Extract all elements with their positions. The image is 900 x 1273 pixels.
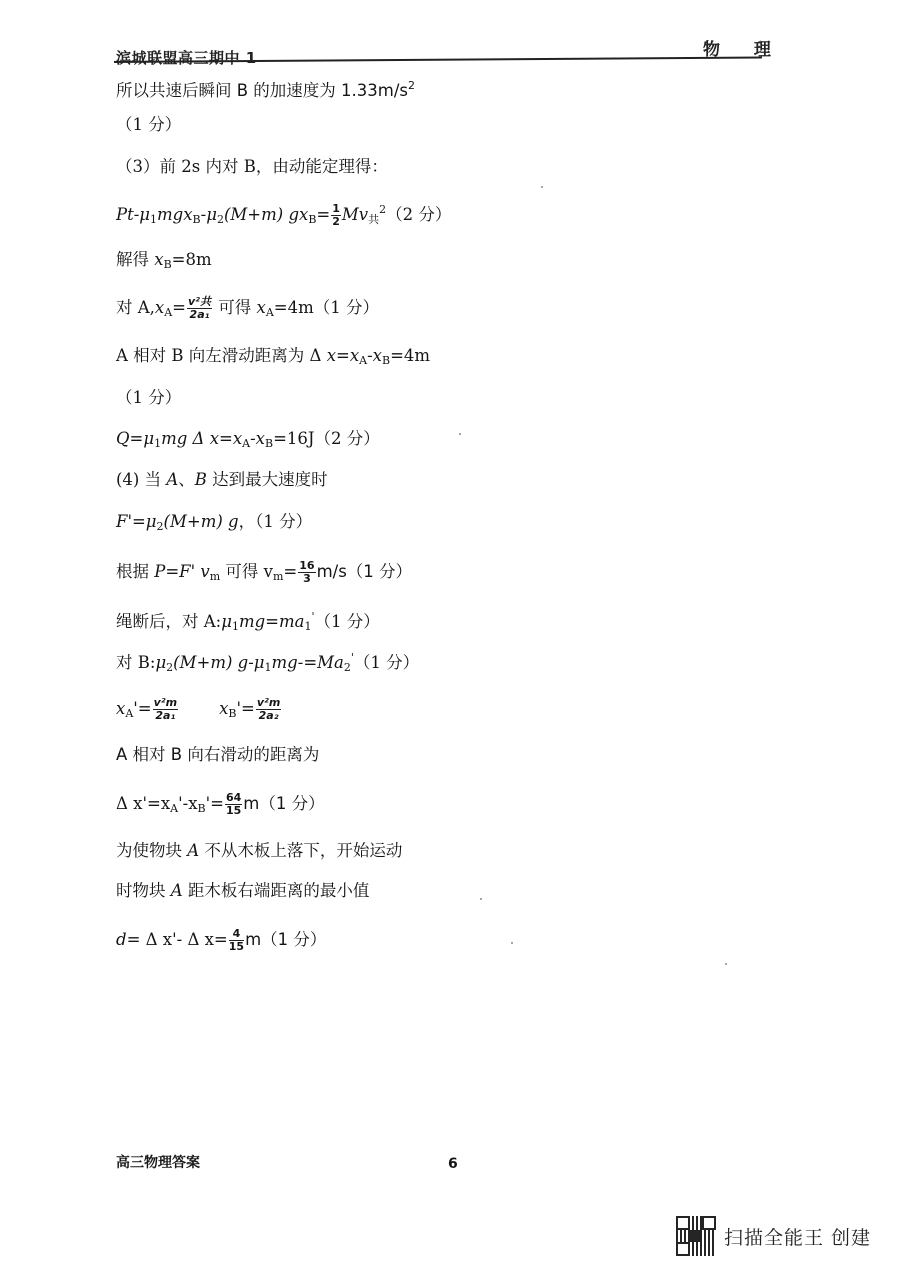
text: 、: [178, 470, 195, 489]
score-note: （1 分）: [116, 388, 181, 407]
equation-relative-displacement: Δ x'=xA'-xB'=6415m（1 分）: [116, 792, 325, 819]
eq-sub: A: [359, 354, 367, 367]
text: A 相对 B 向左滑动距离为 Δ: [116, 346, 327, 365]
answer-line-5: 解得 xB=8m: [116, 250, 212, 275]
text: 时物块: [116, 881, 171, 900]
fraction: v²共2a₁: [187, 296, 212, 321]
fraction-denominator: 15: [225, 805, 242, 817]
fraction: 12: [331, 203, 341, 228]
answer-line-19: 时物块 A 距木板右端距离的最小值: [116, 881, 369, 901]
score-note: （1 分）: [315, 612, 380, 631]
eq-part: '=: [133, 699, 151, 718]
fraction: 163: [298, 560, 315, 585]
eq-part: d: [116, 930, 127, 949]
eq-part: m（1 分）: [245, 930, 326, 949]
eq-sub: 2: [344, 661, 351, 674]
eq-part: Pt-μ: [116, 205, 150, 224]
eq-part: Q=μ: [116, 429, 154, 448]
eq-part: =: [316, 205, 330, 224]
text: 对 A,: [116, 298, 155, 317]
eq-sub: 1: [265, 661, 272, 674]
eq-part: '=: [206, 794, 224, 813]
fraction-denominator: 3: [298, 573, 315, 585]
answer-line-10: (4) 当 A、B 达到最大速度时: [116, 470, 328, 490]
equation-force: F'=μ2(M+m) g，（1 分）: [116, 512, 312, 537]
text: A 相对 B 向右滑动的距离为: [116, 745, 319, 764]
eq-part: '=: [237, 699, 255, 718]
score-note: （1 分）: [116, 115, 181, 134]
eq-part: μ: [155, 653, 166, 672]
eq-sub: B: [265, 437, 273, 450]
eq-sub: 1: [232, 620, 239, 633]
eq-sub: m: [273, 570, 283, 583]
text: 可得: [213, 298, 257, 317]
fraction-denominator: 2: [331, 216, 341, 228]
eq-sub: B: [164, 258, 172, 271]
text: A: [166, 470, 178, 489]
fraction: v²m2a₁: [153, 697, 178, 722]
scan-speck: [725, 963, 727, 965]
eq-part: x: [257, 298, 266, 317]
eq-part: -x: [367, 346, 382, 365]
scanner-watermark: 扫描全能王 创建: [676, 1216, 871, 1256]
equation-a1-prime: 绳断后，对 A:μ1mg=ma1'（1 分）: [116, 607, 380, 637]
eq-part: m（1 分）: [243, 794, 324, 813]
fraction-denominator: 2a₁: [187, 309, 212, 321]
eq-part: -x: [250, 429, 265, 448]
equation-heat: Q=μ1mg Δ x=xA-xB=16J（2 分）: [116, 429, 380, 454]
text: A: [187, 841, 199, 860]
footer-title: 高三物理答案: [116, 1152, 200, 1172]
answer-line-7: A 相对 B 向左滑动距离为 Δ x=xA-xB=4m: [116, 346, 430, 371]
eq-part: x=x: [327, 346, 359, 365]
eq-sub: 1: [305, 620, 312, 633]
superscript: 2: [408, 79, 415, 92]
eq-sub: A: [266, 306, 274, 319]
fraction-denominator: 15: [229, 941, 244, 953]
section-heading: （3）前 2s 内对 B，由动能定理得：: [116, 157, 388, 176]
eq-part: '-x: [178, 794, 197, 813]
eq-part: -μ: [201, 205, 217, 224]
eq-part: =: [283, 562, 297, 581]
equation-a2-prime: 对 B:μ2(M+m) g-μ1mg-=Ma2'（1 分）: [116, 648, 419, 678]
eq-part: =4m: [390, 346, 430, 365]
scan-speck: [541, 186, 543, 188]
answer-line-16: A 相对 B 向右滑动的距离为: [116, 745, 319, 765]
scan-speck: [511, 942, 513, 944]
eq-sub: B: [228, 707, 236, 720]
eq-part: x: [155, 298, 164, 317]
eq-part: mgx: [157, 205, 193, 224]
text: 不从木板上落下，开始运动: [199, 841, 402, 860]
eq-sub: 1: [150, 213, 157, 226]
eq-sub: 共: [368, 213, 379, 226]
scan-speck: [459, 433, 461, 435]
text: 根据: [116, 562, 154, 581]
eq-part: mg=ma: [239, 612, 305, 631]
answer-line-8: （1 分）: [116, 388, 181, 408]
equation-max-velocity: 根据 P=F' vm 可得 vm=163m/s（1 分）: [116, 560, 412, 587]
eq-part: x: [116, 699, 125, 718]
fraction: v²m2a₂: [256, 697, 281, 722]
answer-line-18: 为使物块 A 不从木板上落下，开始运动: [116, 841, 402, 861]
eq-part: x: [154, 250, 163, 269]
answer-line-3: （3）前 2s 内对 B，由动能定理得：: [116, 157, 388, 177]
text: 解得: [116, 250, 154, 269]
text: 为使物块: [116, 841, 187, 860]
text: 可得 v: [220, 562, 273, 581]
watermark-text: 扫描全能王 创建: [724, 1223, 871, 1250]
equation-min-distance: d= Δ x'- Δ x=415m（1 分）: [116, 928, 326, 953]
eq-sub: 2: [157, 520, 164, 533]
eq-sub: B: [193, 213, 201, 226]
answer-line-1: 所以共速后瞬间 B 的加速度为 1.33m/s2: [116, 76, 415, 101]
text: 达到最大速度时: [207, 470, 328, 489]
score-note: ，（1 分）: [239, 512, 313, 531]
eq-part: (M+m) g-μ: [173, 653, 264, 672]
eq-sub: A: [242, 437, 250, 450]
answer-line-6: 对 A,xA=v²共2a₁ 可得 xA=4m（1 分）: [116, 296, 379, 323]
eq-part: Mv: [342, 205, 368, 224]
eq-part: =16J（2 分）: [273, 429, 380, 448]
eq-part: (M+m) gx: [224, 205, 308, 224]
text: 距木板右端距离的最小值: [183, 881, 370, 900]
eq-part: m/s（1 分）: [317, 562, 412, 581]
eq-part: F'=μ: [116, 512, 157, 531]
header-left-title: 滨城联盟高三期中 1: [116, 47, 257, 68]
eq-sub: A: [164, 306, 172, 319]
eq-part: mg-=Ma: [272, 653, 344, 672]
eq-part: mg Δ x=x: [161, 429, 242, 448]
eq-part: μ: [221, 612, 232, 631]
scan-speck: [480, 898, 482, 900]
text: B: [195, 470, 207, 489]
eq-part: P=F' v: [154, 562, 209, 581]
fraction-denominator: 2a₁: [153, 710, 178, 722]
fraction: 415: [229, 928, 244, 953]
answer-line-2: （1 分）: [116, 115, 181, 135]
eq-part: =: [172, 298, 186, 317]
equation-work-energy: Pt-μ1mgxB-μ2(M+m) gxB=12Mv共2（2 分）: [116, 200, 451, 230]
score-note: （2 分）: [386, 205, 451, 224]
eq-part: Δ x'=x: [116, 794, 170, 813]
eq-sub: A: [170, 802, 178, 815]
eq-part: (M+m) g: [164, 512, 239, 531]
text: 绳断后，对 A:: [116, 612, 221, 631]
equation-displacements: xA'=v²m2a₁xB'=v²m2a₂: [116, 697, 282, 724]
text: A: [171, 881, 183, 900]
eq-sub: B: [382, 354, 390, 367]
fraction-denominator: 2a₂: [256, 710, 281, 722]
eq-sub: m: [210, 570, 220, 583]
page-number: 6: [448, 1156, 458, 1172]
eq-part: = Δ x'- Δ x=: [127, 930, 228, 949]
eq-part: =4m（1 分）: [274, 298, 379, 317]
eq-sub: B: [198, 802, 206, 815]
eq-sub: 2: [217, 213, 224, 226]
fraction: 6415: [225, 792, 242, 817]
text: 对 B:: [116, 653, 155, 672]
score-note: （1 分）: [354, 653, 419, 672]
text: (4) 当: [116, 470, 166, 489]
eq-part: =8m: [172, 250, 212, 269]
qr-code-icon: [676, 1216, 716, 1256]
text: 所以共速后瞬间 B 的加速度为 1.33m/s: [116, 81, 408, 100]
eq-part: x: [219, 699, 228, 718]
